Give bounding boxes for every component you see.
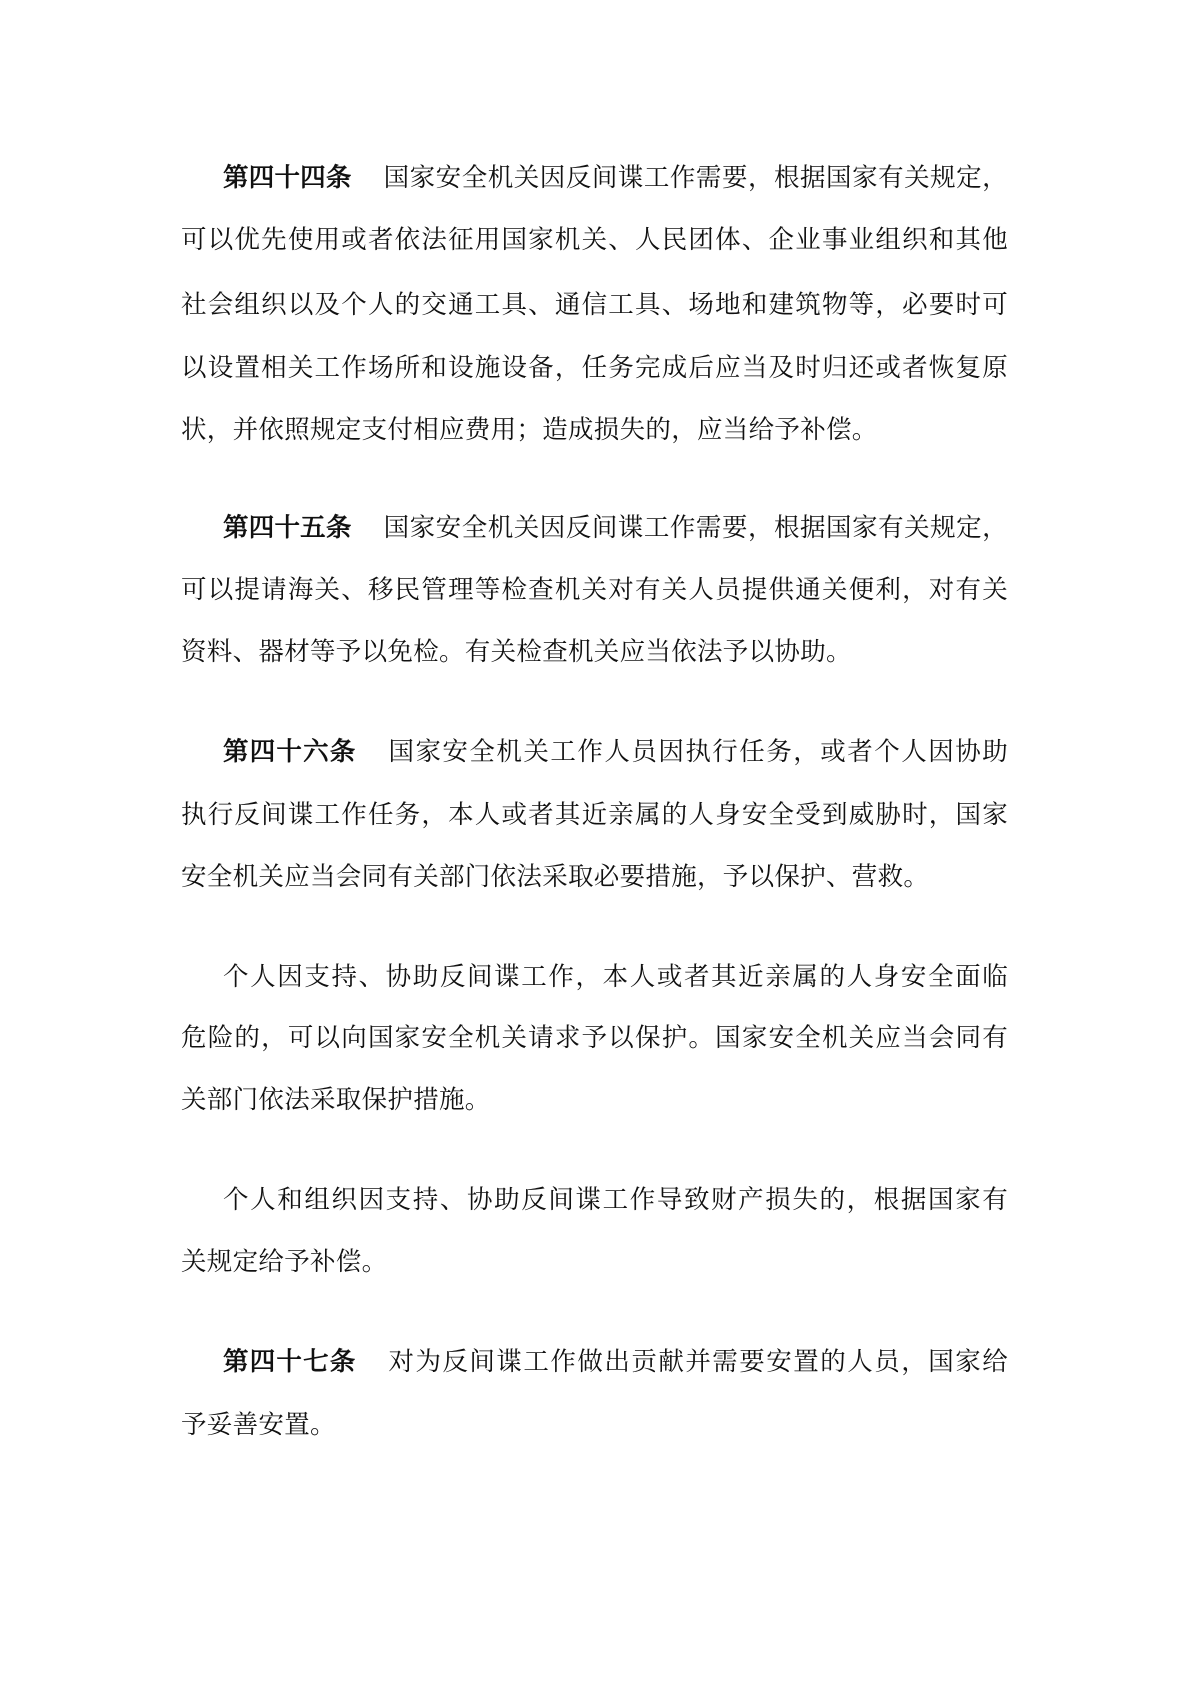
paragraph-line: 状，并依照规定支付相应费用；造成损失的，应当给予补偿。 (181, 412, 878, 448)
paragraph-line: 第四十五条国家安全机关因反间谍工作需要，根据国家有关规定， (223, 510, 1008, 546)
paragraph-line: 可以提请海关、移民管理等检查机关对有关人员提供通关便利，对有关 (181, 572, 1008, 608)
paragraph-line: 第四十七条对为反间谍工作做出贡献并需要安置的人员，国家给 (223, 1344, 1008, 1380)
paragraph-line: 关部门依法采取保护措施。 (181, 1082, 491, 1118)
paragraph-line: 个人和组织因支持、协助反间谍工作导致财产损失的，根据国家有 (223, 1182, 1008, 1218)
paragraph-line: 关规定给予补偿。 (181, 1244, 387, 1280)
paragraph-line: 予妥善安置。 (181, 1407, 336, 1443)
paragraph-line: 危险的，可以向国家安全机关请求予以保护。国家安全机关应当会同有 (181, 1020, 1008, 1056)
paragraph-line: 社会组织以及个人的交通工具、通信工具、场地和建筑物等，必要时可 (181, 287, 1008, 323)
paragraph-line: 安全机关应当会同有关部门依法采取必要措施，予以保护、营救。 (181, 859, 929, 895)
article-number: 第四十五条 (223, 513, 352, 543)
paragraph-line: 执行反间谍工作任务，本人或者其近亲属的人身安全受到威胁时，国家 (181, 797, 1008, 833)
article-number: 第四十七条 (223, 1347, 356, 1377)
paragraph-line: 资料、器材等予以免检。有关检查机关应当依法予以协助。 (181, 634, 852, 670)
article-number: 第四十六条 (223, 737, 356, 767)
article-number: 第四十四条 (223, 163, 352, 193)
document-page: 第四十四条国家安全机关因反间谍工作需要，根据国家有关规定， 可以优先使用或者依法… (0, 0, 1191, 1684)
line-text: 国家安全机关工作人员因执行任务，或者个人因协助 (388, 737, 1008, 767)
paragraph-line: 第四十四条国家安全机关因反间谍工作需要，根据国家有关规定， (223, 160, 1008, 196)
paragraph-line: 以设置相关工作场所和设施设备，任务完成后应当及时归还或者恢复原 (181, 350, 1008, 386)
paragraph-line: 第四十六条国家安全机关工作人员因执行任务，或者个人因协助 (223, 734, 1008, 770)
paragraph-line: 个人因支持、协助反间谍工作，本人或者其近亲属的人身安全面临 (223, 959, 1008, 995)
line-text: 国家安全机关因反间谍工作需要，根据国家有关规定， (384, 513, 1008, 543)
paragraph-line: 可以优先使用或者依法征用国家机关、人民团体、企业事业组织和其他 (181, 222, 1008, 258)
line-text: 国家安全机关因反间谍工作需要，根据国家有关规定， (384, 163, 1008, 193)
line-text: 对为反间谍工作做出贡献并需要安置的人员，国家给 (388, 1347, 1008, 1377)
